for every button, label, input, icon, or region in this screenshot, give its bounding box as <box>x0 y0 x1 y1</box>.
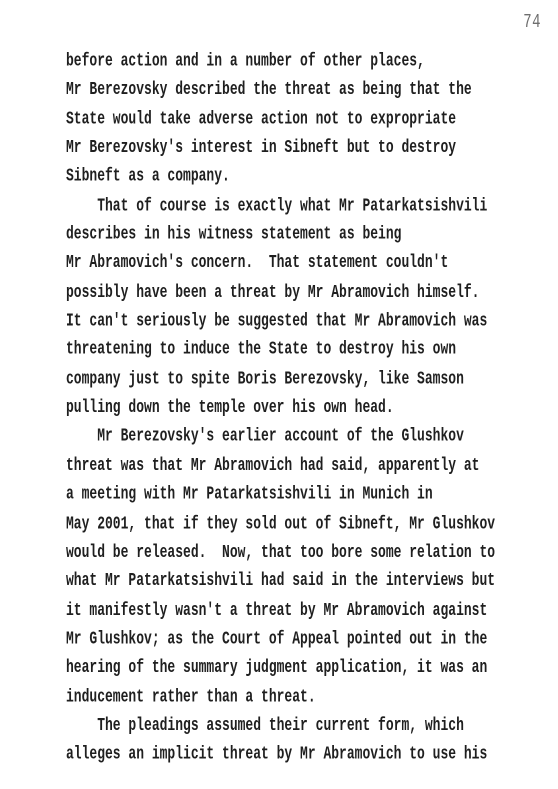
text-line: That of course is exactly what Mr Patark… <box>66 191 495 220</box>
text-line: inducement rather than a threat. <box>66 683 495 712</box>
text-line: Sibneft as a company. <box>66 163 495 192</box>
text-line: threat was that Mr Abramovich had said, … <box>66 451 495 480</box>
text-line: Mr Berezovsky's earlier account of the G… <box>66 423 495 452</box>
text-line: hearing of the summary judgment applicat… <box>66 654 495 683</box>
text-line: what Mr Patarkatsishvili had said in the… <box>66 567 495 596</box>
text-line: a meeting with Mr Patarkatsishvili in Mu… <box>66 480 495 509</box>
text-line: company just to spite Boris Berezovsky, … <box>66 365 495 394</box>
text-line: possibly have been a threat by Mr Abramo… <box>66 278 495 307</box>
page-number: 74 <box>523 13 541 33</box>
text-line: would be released. Now, that too bore so… <box>66 538 495 567</box>
text-line: pulling down the temple over his own hea… <box>66 394 495 423</box>
text-line: before action and in a number of other p… <box>66 47 495 76</box>
text-line: May 2001, that if they sold out of Sibne… <box>66 509 495 538</box>
document-page: 74 before action and in a number of othe… <box>0 0 558 789</box>
text-line: it manifestly wasn't a threat by Mr Abra… <box>66 596 495 625</box>
text-line: Mr Berezovsky described the threat as be… <box>66 76 495 105</box>
text-line: Mr Abramovich's concern. That statement … <box>66 249 495 278</box>
text-line: threatening to induce the State to destr… <box>66 336 495 365</box>
transcript-text: before action and in a number of other p… <box>66 47 495 769</box>
text-line: Mr Glushkov; as the Court of Appeal poin… <box>66 625 495 654</box>
text-line: describes in his witness statement as be… <box>66 220 495 249</box>
text-line: It can't seriously be suggested that Mr … <box>66 307 495 336</box>
text-line: The pleadings assumed their current form… <box>66 711 495 740</box>
text-line: State would take adverse action not to e… <box>66 105 495 134</box>
text-line: Mr Berezovsky's interest in Sibneft but … <box>66 134 495 163</box>
text-line: alleges an implicit threat by Mr Abramov… <box>66 740 495 769</box>
